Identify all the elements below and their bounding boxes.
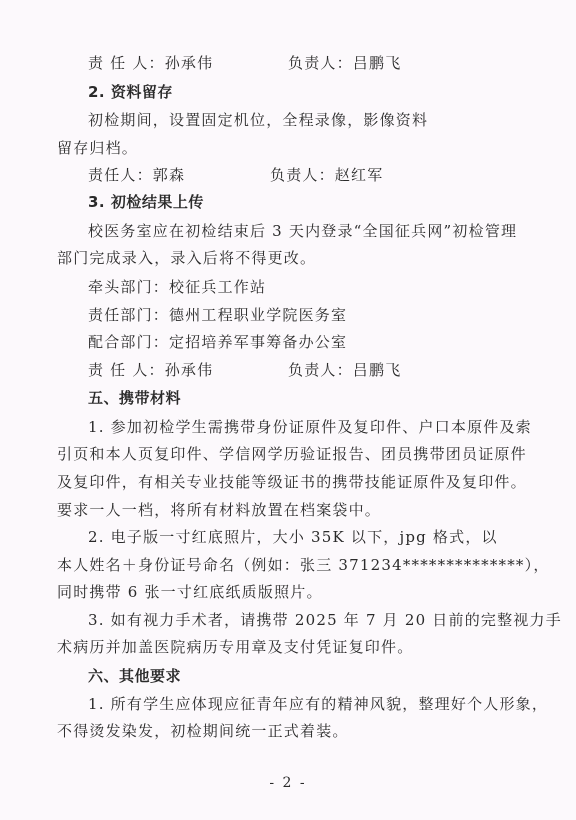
paragraph-line: 及复印件，有相关专业技能等级证书的携带技能证原件及复印件。 <box>57 472 527 492</box>
responsible-person: 责 任 人：孙承伟 <box>88 361 213 379</box>
paragraph-line: 本人姓名＋身份证号命名（例如：张三 371234**************）， <box>57 555 550 575</box>
responsible-person: 责任人：郭森 <box>88 166 185 184</box>
paragraph-line: 1. 所有学生应体现应征青年应有的精神风貌，整理好个人形象， <box>88 694 548 714</box>
responsible-person: 责 任 人：孙承伟 <box>88 54 213 72</box>
paragraph-line: 不得烫发染发，初检期间统一正式着装。 <box>57 721 349 741</box>
paragraph-line: 校医务室应在初检结束后 3 天内登录“全国征兵网”初检管理 <box>88 221 517 241</box>
section-heading-materials: 五、携带材料 <box>88 388 181 408</box>
paragraph-line: 3. 如有视力手术者，请携带 2025 年 7 月 20 日前的完整视力手 <box>88 610 562 630</box>
lead-department: 牵头部门：校征兵工作站 <box>88 277 266 297</box>
section-heading-result-upload: 3. 初检结果上传 <box>88 192 204 212</box>
responsible-department: 责任部门：德州工程职业学院医务室 <box>88 305 347 325</box>
paragraph-line: 要求一人一档，将所有材料放置在档案袋中。 <box>57 500 381 520</box>
page-number: - 2 - <box>0 775 576 791</box>
paragraph-line: 留存归档。 <box>57 138 138 158</box>
person-in-charge: 负责人：吕鹏飞 <box>288 53 401 73</box>
cooperating-department: 配合部门：定招培养军事筹备办公室 <box>88 332 347 352</box>
responsible-persons-row: 责任人：郭森 负责人：赵红军 <box>88 165 185 185</box>
section-heading-other-requirements: 六、其他要求 <box>88 666 181 686</box>
person-in-charge: 负责人：吕鹏飞 <box>288 360 401 380</box>
responsible-persons-row: 责 任 人：孙承伟 负责人：吕鹏飞 <box>88 53 213 73</box>
paragraph-line: 引页和本人页复印件、学信网学历验证报告、团员携带团员证原件 <box>57 444 527 464</box>
paragraph-line: 1. 参加初检学生需携带身份证原件及复印件、户口本原件及索 <box>88 417 532 437</box>
paragraph-line: 部门完成录入，录入后将不得更改。 <box>57 248 316 268</box>
section-heading-data-retention: 2. 资料留存 <box>88 82 173 102</box>
paragraph-line: 术病历并加盖医院病历专用章及支付凭证复印件。 <box>57 637 413 657</box>
paragraph-line: 2. 电子版一寸红底照片，大小 35K 以下，jpg 格式，以 <box>88 527 498 547</box>
person-in-charge: 负责人：赵红军 <box>270 165 383 185</box>
paragraph-line: 初检期间，设置固定机位，全程录像，影像资料 <box>88 110 428 130</box>
paragraph-line: 同时携带 6 张一寸红底纸质版照片。 <box>57 582 323 602</box>
document-page: 责 任 人：孙承伟 负责人：吕鹏飞 2. 资料留存 初检期间，设置固定机位，全程… <box>0 0 576 820</box>
responsible-persons-row: 责 任 人：孙承伟 负责人：吕鹏飞 <box>88 360 213 380</box>
